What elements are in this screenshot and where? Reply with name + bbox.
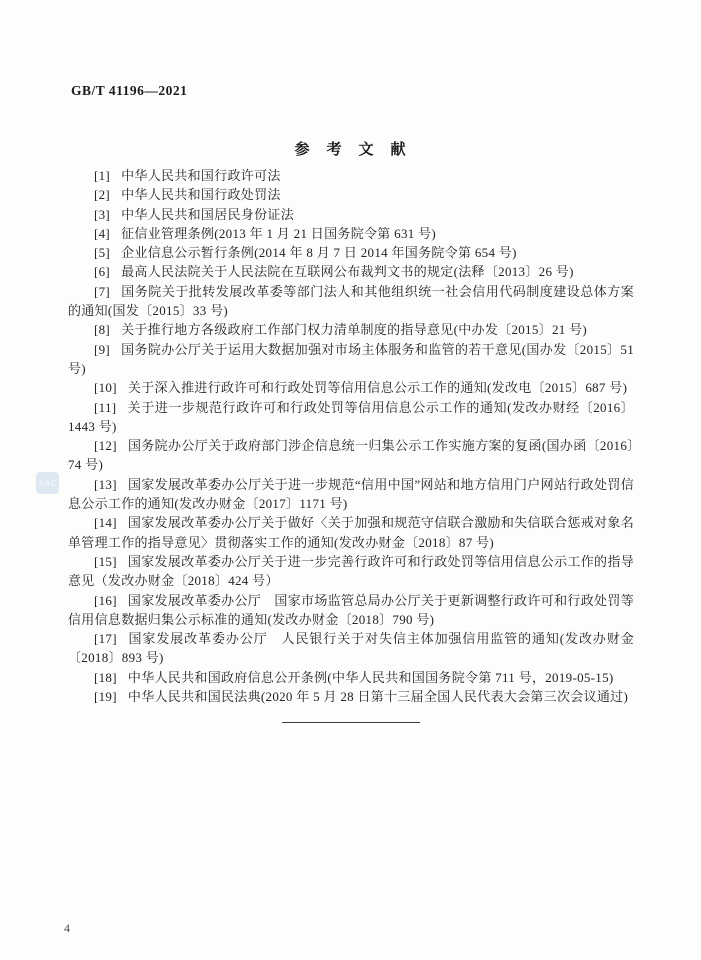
reference-item: [4]征信业管理条例(2013 年 1 月 21 日国务院令第 631 号): [68, 224, 634, 243]
reference-number: [15]: [94, 554, 117, 569]
end-of-document-divider: [282, 722, 420, 723]
reference-text: 中华人民共和国民法典(2020 年 5 月 28 日第十三届全国人民代表大会第三…: [128, 689, 628, 704]
reference-item: [13]国家发展改革委办公厅关于进一步规范“信用中国”网站和地方信用门户网站行政…: [68, 475, 634, 514]
reference-text: 中华人民共和国居民身份证法: [121, 207, 294, 222]
reference-number: [7]: [94, 284, 110, 299]
sac-watermark-stamp: SAC: [36, 472, 59, 494]
reference-number: [5]: [94, 245, 110, 260]
reference-number: [17]: [94, 631, 117, 646]
reference-number: [12]: [94, 438, 117, 453]
reference-text: 最高人民法院关于人民法院在互联网公布裁判文书的规定(法释〔2013〕26 号): [121, 264, 574, 279]
reference-number: [8]: [94, 322, 110, 337]
reference-number: [18]: [94, 670, 117, 685]
reference-item: [19]中华人民共和国民法典(2020 年 5 月 28 日第十三届全国人民代表…: [68, 687, 634, 706]
reference-text: 国务院关于批转发展改革委等部门法人和其他组织统一社会信用代码制度建设总体方案的通…: [68, 284, 634, 318]
references-list: [1]中华人民共和国行政许可法 [2]中华人民共和国行政处罚法 [3]中华人民共…: [68, 166, 634, 706]
reference-item: [2]中华人民共和国行政处罚法: [68, 185, 634, 204]
reference-item: [9]国务院办公厅关于运用大数据加强对市场主体服务和监管的若干意见(国办发〔20…: [68, 340, 634, 379]
reference-text: 征信业管理条例(2013 年 1 月 21 日国务院令第 631 号): [121, 226, 436, 241]
reference-text: 国家发展改革委办公厅 人民银行关于对失信主体加强信用监管的通知(发改办财金〔20…: [68, 631, 634, 665]
reference-number: [2]: [94, 187, 110, 202]
reference-text: 国家发展改革委办公厅关于做好〈关于加强和规范守信联合激励和失信联合惩戒对象名单管…: [68, 515, 634, 549]
reference-text: 关于深入推进行政许可和行政处罚等信用信息公示工作的通知(发改电〔2015〕687…: [128, 380, 627, 395]
reference-text: 关于推行地方各级政府工作部门权力清单制度的指导意见(中办发〔2015〕21 号): [121, 322, 587, 337]
reference-item: [17]国家发展改革委办公厅 人民银行关于对失信主体加强信用监管的通知(发改办财…: [68, 629, 634, 668]
reference-item: [8]关于推行地方各级政府工作部门权力清单制度的指导意见(中办发〔2015〕21…: [68, 320, 634, 339]
reference-text: 国家发展改革委办公厅关于进一步完善行政许可和行政处罚等信用信息公示工作的指导意见…: [68, 554, 634, 588]
reference-item: [11]关于进一步规范行政许可和行政处罚等信用信息公示工作的通知(发改办财经〔2…: [68, 398, 634, 437]
reference-number: [19]: [94, 689, 117, 704]
document-page: GB/T 41196—2021 参 考 文 献 [1]中华人民共和国行政许可法 …: [0, 0, 701, 960]
reference-text: 中华人民共和国行政处罚法: [121, 187, 281, 202]
reference-number: [3]: [94, 207, 110, 222]
reference-number: [14]: [94, 515, 117, 530]
reference-text: 国家发展改革委办公厅 国家市场监管总局办公厅关于更新调整行政许可和行政处罚等信用…: [68, 593, 634, 627]
reference-text: 国务院办公厅关于政府部门涉企信息统一归集公示工作实施方案的复函(国办函〔2016…: [68, 438, 634, 472]
document-screenshot: { "page": { "header": "GB/T 41196—2021",…: [0, 0, 701, 960]
reference-item: [14]国家发展改革委办公厅关于做好〈关于加强和规范守信联合激励和失信联合惩戒对…: [68, 513, 634, 552]
reference-number: [13]: [94, 477, 117, 492]
reference-number: [10]: [94, 380, 117, 395]
reference-text: 企业信息公示暂行条例(2014 年 8 月 7 日 2014 年国务院令第 65…: [121, 245, 517, 260]
reference-item: [5]企业信息公示暂行条例(2014 年 8 月 7 日 2014 年国务院令第…: [68, 243, 634, 262]
reference-text: 国务院办公厅关于运用大数据加强对市场主体服务和监管的若干意见(国办发〔2015〕…: [68, 342, 634, 376]
reference-item: [1]中华人民共和国行政许可法: [68, 166, 634, 185]
reference-text: 中华人民共和国行政许可法: [121, 168, 281, 183]
reference-item: [18]中华人民共和国政府信息公开条例(中华人民共和国国务院令第 711 号，2…: [68, 668, 634, 687]
reference-number: [1]: [94, 168, 110, 183]
reference-item: [12]国务院办公厅关于政府部门涉企信息统一归集公示工作实施方案的复函(国办函〔…: [68, 436, 634, 475]
standard-number: GB/T 41196—2021: [71, 83, 187, 99]
reference-item: [3]中华人民共和国居民身份证法: [68, 205, 634, 224]
reference-number: [4]: [94, 226, 110, 241]
page-number: 4: [64, 921, 70, 936]
reference-number: [9]: [94, 342, 110, 357]
reference-item: [7]国务院关于批转发展改革委等部门法人和其他组织统一社会信用代码制度建设总体方…: [68, 282, 634, 321]
reference-item: [10]关于深入推进行政许可和行政处罚等信用信息公示工作的通知(发改电〔2015…: [68, 378, 634, 397]
reference-text: 中华人民共和国政府信息公开条例(中华人民共和国国务院令第 711 号，2019-…: [128, 670, 614, 685]
reference-item: [15]国家发展改革委办公厅关于进一步完善行政许可和行政处罚等信用信息公示工作的…: [68, 552, 634, 591]
reference-number: [6]: [94, 264, 110, 279]
page-title: 参 考 文 献: [0, 138, 701, 159]
reference-item: [6]最高人民法院关于人民法院在互联网公布裁判文书的规定(法释〔2013〕26 …: [68, 262, 634, 281]
reference-number: [11]: [94, 400, 116, 415]
sac-watermark-label: SAC: [38, 479, 56, 488]
reference-item: [16]国家发展改革委办公厅 国家市场监管总局办公厅关于更新调整行政许可和行政处…: [68, 591, 634, 630]
reference-text: 国家发展改革委办公厅关于进一步规范“信用中国”网站和地方信用门户网站行政处罚信息…: [68, 477, 634, 511]
reference-text: 关于进一步规范行政许可和行政处罚等信用信息公示工作的通知(发改办财经〔2016〕…: [68, 400, 634, 434]
reference-number: [16]: [94, 593, 117, 608]
